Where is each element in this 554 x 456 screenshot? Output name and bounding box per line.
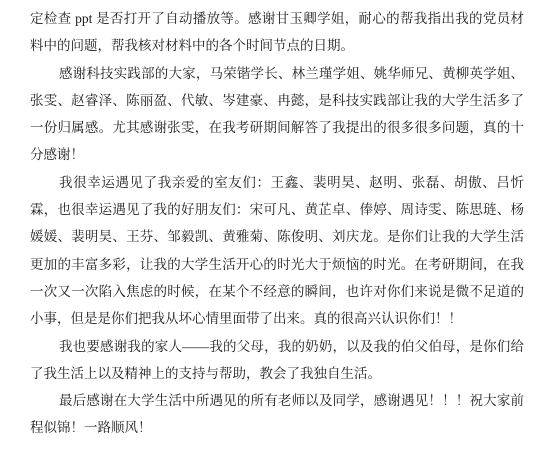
- text-line: 感谢科技实践部的大家，马荣锴学长、林兰瑾学姐、姚华师兄、黄柳英学姐、: [30, 60, 524, 87]
- text-line: 程似锦！一路顺风！: [30, 414, 524, 441]
- text-line: 媛媛、裴明昊、王芬、邹毅凯、黄雅菊、陈俊明、刘庆龙。是你们让我的大学生活: [30, 223, 524, 250]
- text-line: 分感谢！: [30, 141, 524, 168]
- document-body: 定检查 ppt 是否打开了自动播放等。感谢甘玉卿学姐，耐心的帮我指出我的党员材料…: [30, 5, 524, 442]
- text-line: 最后感谢在大学生活中所遇见的所有老师以及同学，感谢遇见！！！祝大家前: [30, 387, 524, 414]
- text-line: 定检查 ppt 是否打开了自动播放等。感谢甘玉卿学姐，耐心的帮我指出我的党员材: [30, 5, 524, 32]
- document-page: 定检查 ppt 是否打开了自动播放等。感谢甘玉卿学姐，耐心的帮我指出我的党员材料…: [0, 0, 554, 456]
- text-line: 霖，也很幸运遇见了我的好朋友们：宋可凡、黄芷卓、俸婷、周诗雯、陈思琏、杨: [30, 196, 524, 223]
- text-line: 了我生活上以及精神上的支持与帮助，教会了我独自生活。: [30, 360, 524, 387]
- text-line: 一份归属感。尤其感谢张雯，在我考研期间解答了我提出的很多很多问题，真的十: [30, 114, 524, 141]
- text-line: 一次又一次陷入焦虑的时候，在某个不经意的瞬间，也许对你们来说是微不足道的: [30, 278, 524, 305]
- text-line: 更加的丰富多彩，让我的大学生活开心的时光大于烦恼的时光。在考研期间，在我: [30, 251, 524, 278]
- text-line: 我很幸运遇见了我亲爱的室友们：王鑫、裴明昊、赵明、张磊、胡傲、吕忻: [30, 169, 524, 196]
- text-line: 料中的问题，帮我核对材料中的各个时间节点的日期。: [30, 32, 524, 59]
- text-line: 小事，但是是你们把我从坏心情里面带了出来。真的很高兴认识你们！！: [30, 305, 524, 332]
- text-line: 张雯、赵睿泽、陈丽盈、代敏、岑建豪、冉懿，是科技实践部让我的大学生活多了: [30, 87, 524, 114]
- text-line: 我也要感谢我的家人——我的父母，我的奶奶，以及我的伯父伯母，是你们给: [30, 333, 524, 360]
